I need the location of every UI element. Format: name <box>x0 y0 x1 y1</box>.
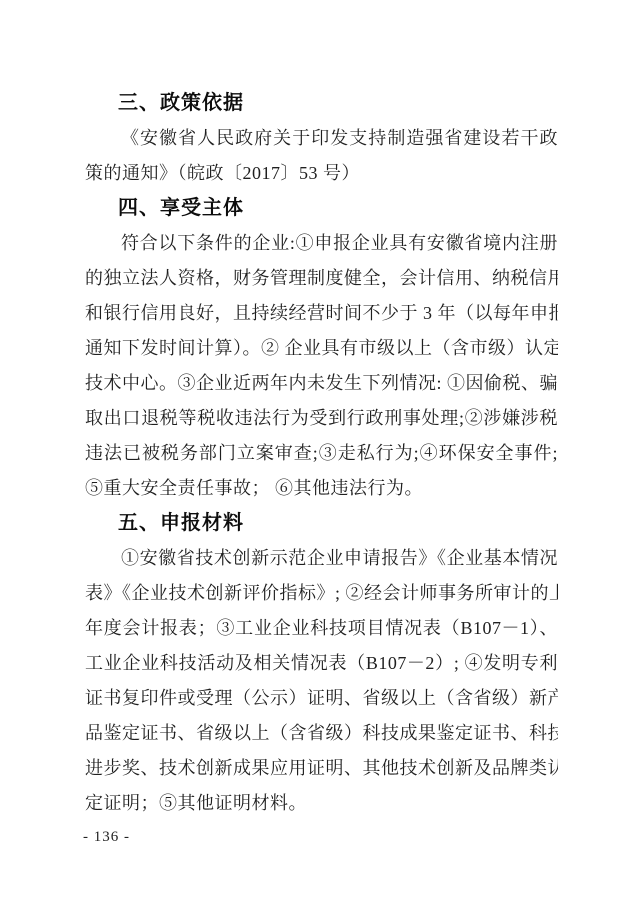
section-heading: 三、政策依据 <box>85 86 558 121</box>
text-line: 违法已被税务部门立案审查;③走私行为;④环保安全事件; <box>85 436 558 471</box>
text-line: 的独立法人资格，财务管理制度健全，会计信用、纳税信用 <box>85 261 558 296</box>
section-heading: 四、享受主体 <box>85 191 558 226</box>
text-line: 表》《企业技术创新评价指标》; ②经会计师事务所审计的上 <box>85 576 558 611</box>
text-line: 《安徽省人民政府关于印发支持制造强省建设若干政 <box>85 121 558 156</box>
text-line: 通知下发时间计算）。② 企业具有市级以上（含市级）认定 <box>85 331 558 366</box>
text-line: 策的通知》（皖政〔2017〕53 号） <box>85 156 558 191</box>
text-line: 符合以下条件的企业:①申报企业具有安徽省境内注册 <box>85 226 558 261</box>
text-line: 定证明；⑤其他证明材料。 <box>85 786 558 821</box>
section-application-materials: 五、申报材料 ①安徽省技术创新示范企业申请报告》《企业基本情况 表》《企业技术创… <box>85 506 558 821</box>
section-heading: 五、申报材料 <box>85 506 558 541</box>
text-line: 年度会计报表；③工业企业科技项目情况表（B107－1）、 <box>85 611 558 646</box>
document-page: 三、政策依据 《安徽省人民政府关于印发支持制造强省建设若干政 策的通知》（皖政〔… <box>0 0 642 907</box>
text-line: 证书复印件或受理（公示）证明、省级以上（含省级）新产 <box>85 681 558 716</box>
text-line: ⑤重大安全责任事故； ⑥其他违法行为。 <box>85 471 558 506</box>
text-line: 技术中心。③企业近两年内未发生下列情况: ①因偷税、骗 <box>85 366 558 401</box>
text-line: 和银行信用良好，且持续经营时间不少于 3 年（以每年申报 <box>85 296 558 331</box>
section-eligible-entities: 四、享受主体 符合以下条件的企业:①申报企业具有安徽省境内注册 的独立法人资格，… <box>85 191 558 506</box>
text-line: 品鉴定证书、省级以上（含省级）科技成果鉴定证书、科技 <box>85 716 558 751</box>
text-line: 进步奖、技术创新成果应用证明、其他技术创新及品牌类认 <box>85 751 558 786</box>
text-line: ①安徽省技术创新示范企业申请报告》《企业基本情况 <box>85 541 558 576</box>
page-number: - 136 - <box>83 827 130 847</box>
section-policy-basis: 三、政策依据 《安徽省人民政府关于印发支持制造强省建设若干政 策的通知》（皖政〔… <box>85 86 558 191</box>
text-line: 取出口退税等税收违法行为受到行政刑事处理;②涉嫌涉税 <box>85 401 558 436</box>
text-line: 工业企业科技活动及相关情况表（B107－2）; ④发明专利 <box>85 646 558 681</box>
document-content: 三、政策依据 《安徽省人民政府关于印发支持制造强省建设若干政 策的通知》（皖政〔… <box>85 86 558 821</box>
